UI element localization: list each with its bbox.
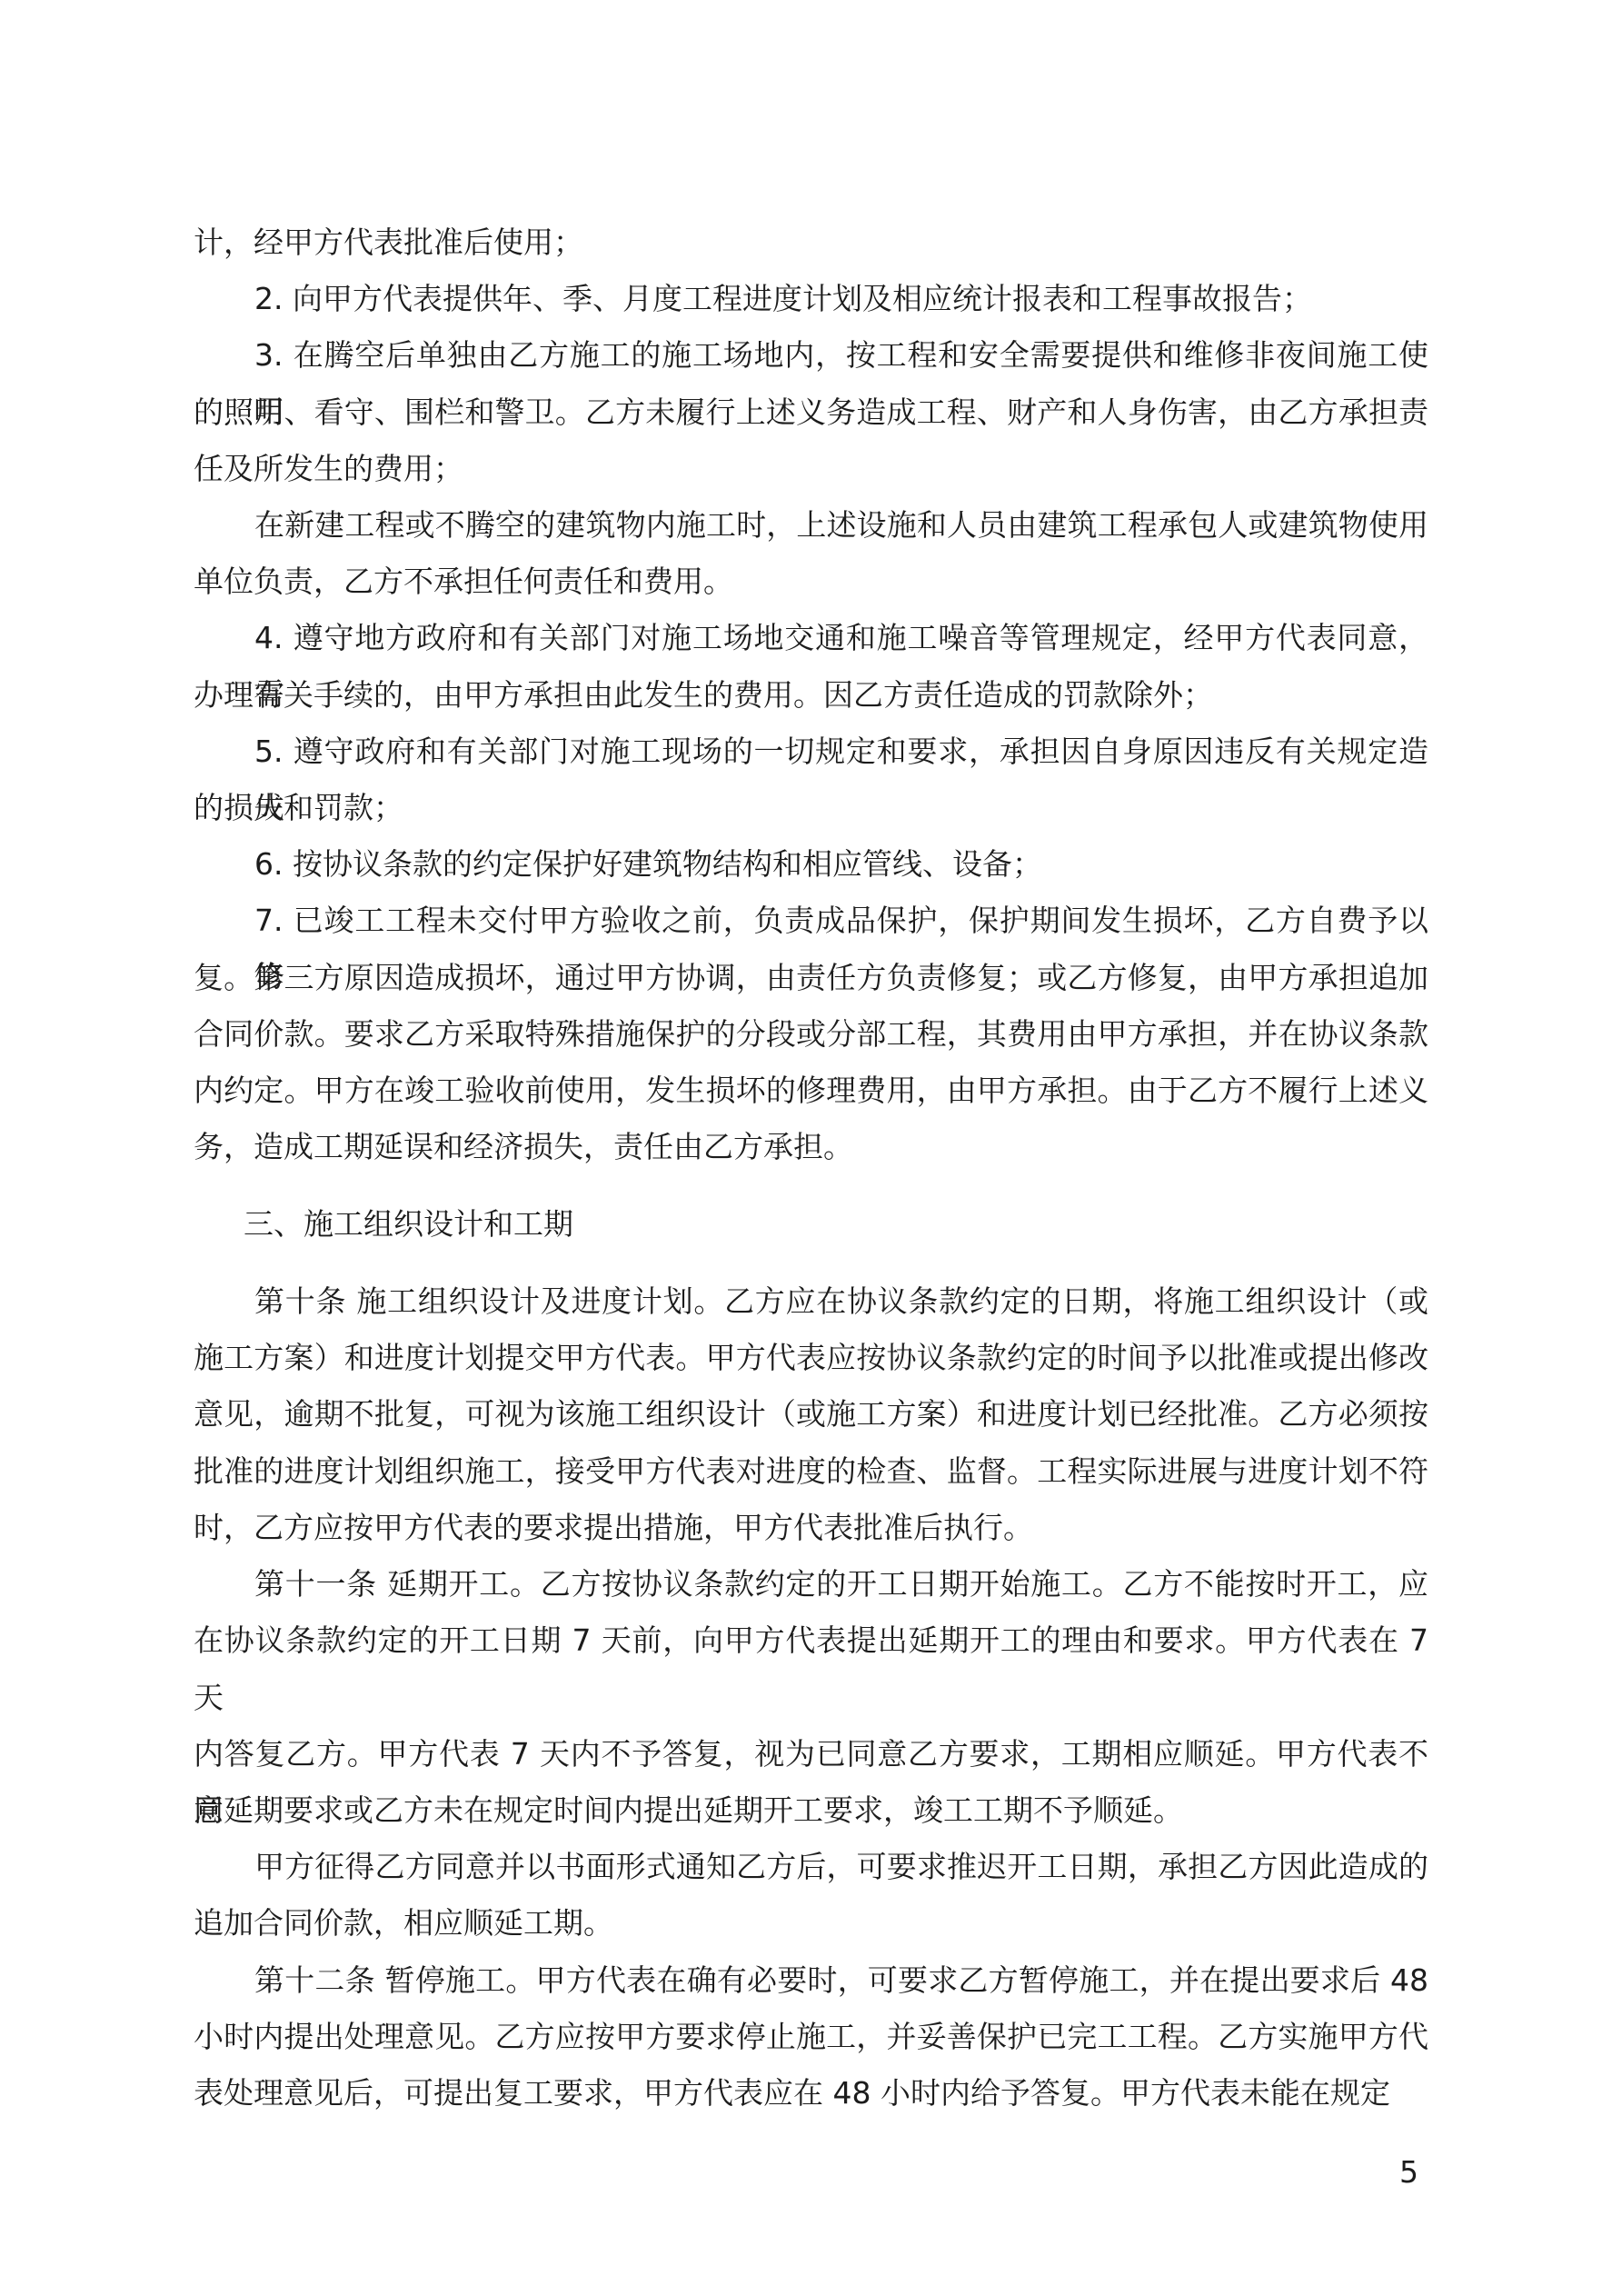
text-line: 7. 已竣工工程未交付甲方验收之前，负责成品保护，保护期间发生损坏，乙方自费予以… — [254, 893, 1428, 949]
text-line: 在协议条款约定的开工日期 7 天前，向甲方代表提出延期开工的理由和要求。甲方代表… — [194, 1612, 1428, 1669]
text-line: 意见，逾期不批复，可视为该施工组织设计（或施工方案）和进度计划已经批准。乙方必须… — [194, 1386, 1428, 1442]
text-line: 的照明、看守、围栏和警卫。乙方未履行上述义务造成工程、财产和人身伤害，由乙方承担… — [194, 384, 1428, 441]
text-line: 的损失和罚款； — [194, 780, 1428, 836]
text-line: 内答复乙方。甲方代表 7 天内不予答复，视为已同意乙方要求，工期相应顺延。甲方代… — [194, 1726, 1428, 1782]
document-page: 计，经甲方代表批准后使用；2. 向甲方代表提供年、季、月度工程进度计划及相应统计… — [0, 0, 1622, 2296]
text-line: 4. 遵守地方政府和有关部门对施工场地交通和施工噪音等管理规定，经甲方代表同意，… — [254, 610, 1428, 666]
text-line: 3. 在腾空后单独由乙方施工的施工场地内，按工程和安全需要提供和维修非夜间施工使… — [254, 327, 1428, 384]
text-line: 追加合同价款，相应顺延工期。 — [194, 1895, 1428, 1952]
text-line: 意延期要求或乙方未在规定时间内提出延期开工要求，竣工工期不予顺延。 — [194, 1782, 1428, 1839]
text-line: 计，经甲方代表批准后使用； — [194, 215, 1428, 271]
text-line: 6. 按协议条款的约定保护好建筑物结构和相应管线、设备； — [254, 836, 1428, 893]
text-line: 单位负责，乙方不承担任何责任和费用。 — [194, 554, 1428, 610]
text-line: 小时内提出处理意见。乙方应按甲方要求停止施工，并妥善保护已完工工程。乙方实施甲方… — [194, 2009, 1428, 2065]
text-line: 务，造成工期延误和经济损失，责任由乙方承担。 — [194, 1119, 1428, 1175]
text-line: 办理有关手续的，由甲方承担由此发生的费用。因乙方责任造成的罚款除外； — [194, 667, 1428, 724]
text-line: 合同价款。要求乙方采取特殊措施保护的分段或分部工程，其费用由甲方承担，并在协议条… — [194, 1006, 1428, 1063]
text-line: 任及所发生的费用； — [194, 441, 1428, 497]
text-line: 2. 向甲方代表提供年、季、月度工程进度计划及相应统计报表和工程事故报告； — [254, 271, 1428, 327]
page-number: 5 — [1399, 2152, 1418, 2192]
text-line: 甲方征得乙方同意并以书面形式通知乙方后，可要求推迟开工日期，承担乙方因此造成的 — [254, 1839, 1428, 1895]
text-line: 第十条 施工组织设计及进度计划。乙方应在协议条款约定的日期，将施工组织设计（或 — [254, 1273, 1428, 1330]
text-line: 内约定。甲方在竣工验收前使用，发生损坏的修理费用，由甲方承担。由于乙方不履行上述… — [194, 1063, 1428, 1119]
text-line: 5. 遵守政府和有关部门对施工现场的一切规定和要求，承担因自身原因违反有关规定造… — [254, 724, 1428, 780]
text-line: 天 — [194, 1670, 1428, 1726]
text-line: 施工方案）和进度计划提交甲方代表。甲方代表应按协议条款约定的时间予以批准或提出修… — [194, 1330, 1428, 1386]
text-line: 时，乙方应按甲方代表的要求提出措施，甲方代表批准后执行。 — [194, 1500, 1428, 1556]
text-line: 第十一条 延期开工。乙方按协议条款约定的开工日期开始施工。乙方不能按时开工，应 — [254, 1556, 1428, 1612]
text-line: 在新建工程或不腾空的建筑物内施工时，上述设施和人员由建筑工程承包人或建筑物使用 — [254, 497, 1428, 554]
text-line: 批准的进度计划组织施工，接受甲方代表对进度的检查、监督。工程实际进展与进度计划不… — [194, 1443, 1428, 1500]
text-line: 复。第三方原因造成损坏，通过甲方协调，由责任方负责修复；或乙方修复，由甲方承担追… — [194, 950, 1428, 1006]
section-heading: 三、施工组织设计和工期 — [244, 1196, 573, 1253]
text-line: 第十二条 暂停施工。甲方代表在确有必要时，可要求乙方暂停施工，并在提出要求后 4… — [254, 1952, 1428, 2009]
text-line: 表处理意见后，可提出复工要求，甲方代表应在 48 小时内给予答复。甲方代表未能在… — [194, 2065, 1428, 2121]
